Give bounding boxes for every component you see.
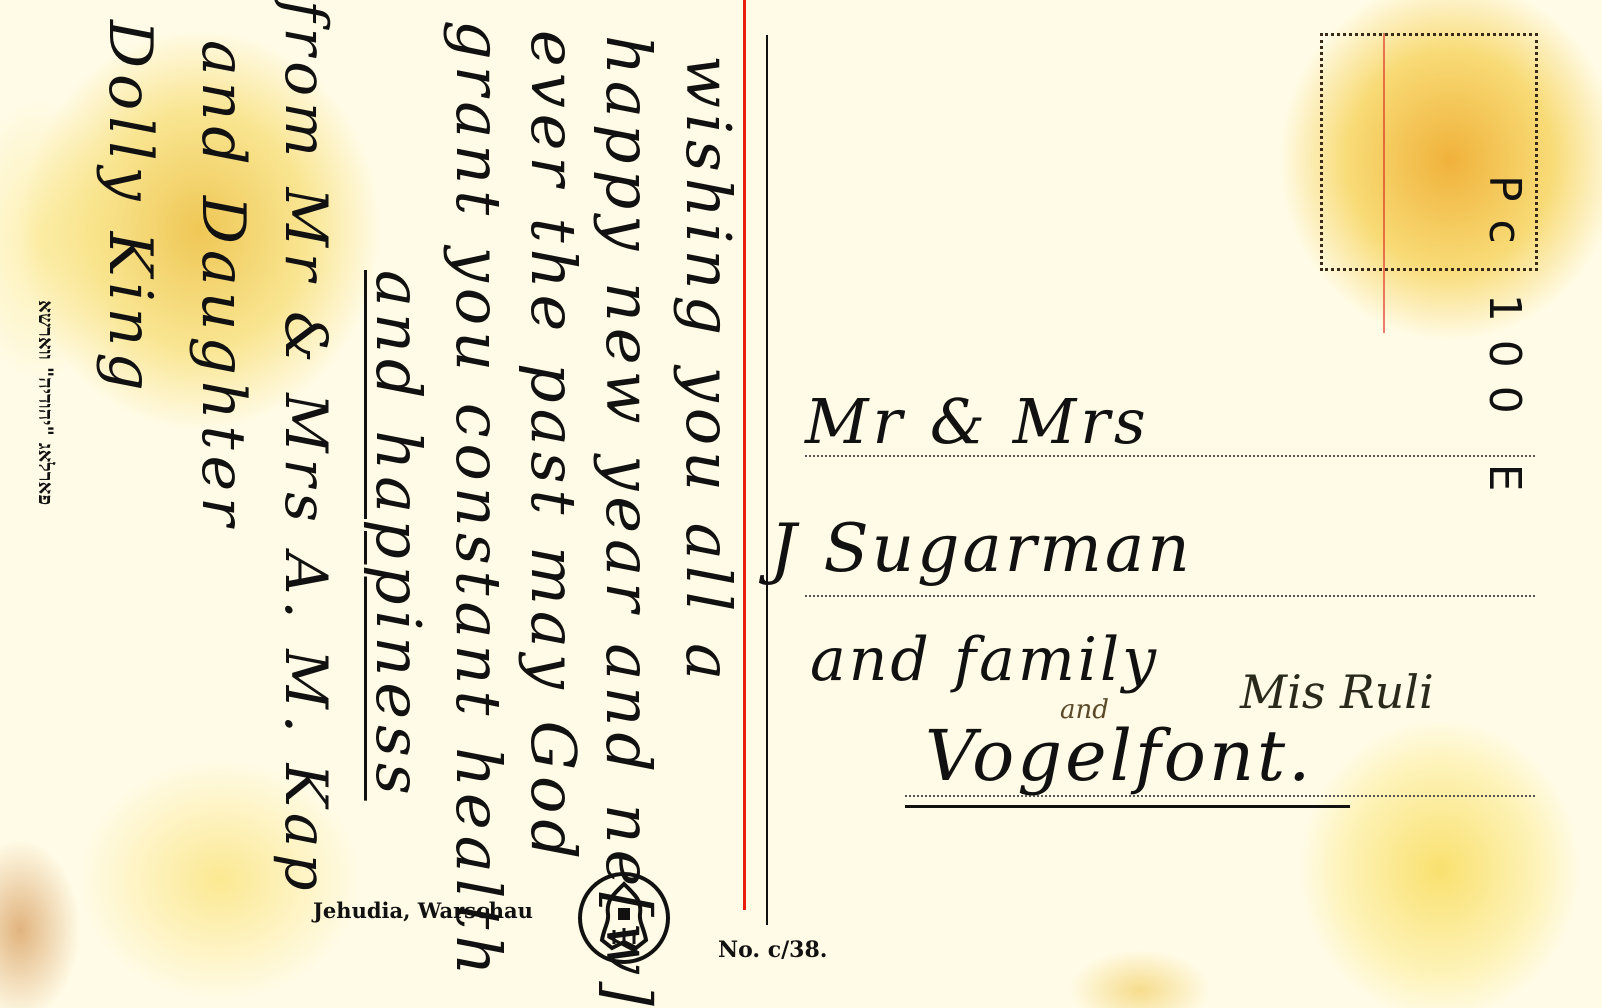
black-divider-line — [766, 35, 768, 925]
address-line-3: and family — [810, 625, 1159, 695]
pencil-annotation: Pc 100 E — [1479, 175, 1530, 509]
stamp-box-red-mark — [1383, 33, 1385, 333]
address-line-1: Mr & Mrs — [805, 385, 1150, 458]
message-signature-line: and Daughter — [188, 40, 258, 532]
message-line: happy new year and ne[w] — [592, 35, 665, 1008]
publisher-emblem-icon — [576, 870, 672, 966]
card-number: No. c/38. — [718, 937, 827, 963]
address-underline — [905, 805, 1350, 808]
message-line: grant you constant health — [442, 20, 515, 981]
address-rule-2 — [805, 595, 1535, 597]
publisher-imprint: Jehudia, Warschau — [313, 898, 533, 923]
postcard-back: Pc 100 E Mr & Mrs J Sugarman and family … — [0, 0, 1602, 1008]
publisher-imprint-hebrew: פארלאג "יהודיה" ווארשא — [33, 300, 58, 505]
address-line-2: J Sugarman — [770, 510, 1193, 587]
address-line-4: Vogelfont. — [925, 715, 1313, 797]
address-line-3-addition: Mis Ruli — [1240, 665, 1434, 719]
message-line: ever the past may God — [517, 30, 590, 865]
message-signature-line: from Mr & Mrs A. M. Kap — [272, 0, 340, 897]
message-signature-line: Dolly King — [95, 20, 165, 397]
message-line: wishing you all a — [672, 55, 745, 686]
message-line: and happiness — [362, 270, 435, 801]
